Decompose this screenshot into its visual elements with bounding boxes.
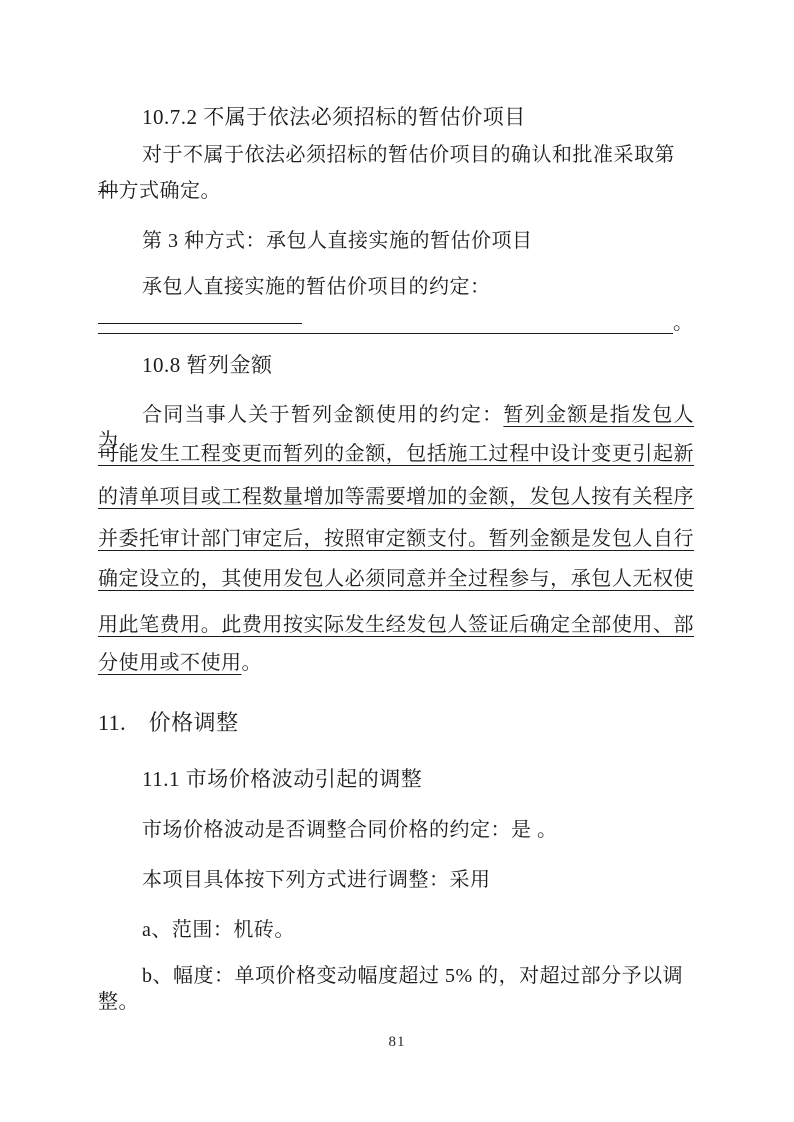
para-method-3-title: 第 3 种方式：承包人直接实施的暂估价项目 [98,228,694,254]
heading-10-8: 10.8 暂列金额 [98,352,694,378]
heading-10-7-2: 10.7.2 不属于依法必须招标的暂估价项目 [98,104,694,130]
underlined-text-run: 可能发生工程变更而暂列的金额，包括施工过程中设计变更引起新 [98,443,694,465]
underlined-text-run: 的清单项目或工程数量增加等需要增加的金额，发包人按有关程序 [98,486,694,508]
heading-11-1: 11.1 市场价格波动引起的调整 [98,766,694,792]
underlined-text-run: 用此笔费用。此费用按实际发生经发包人签证后确定全部使用、部 [98,614,694,636]
fill-in-blank-underline [98,333,673,334]
text-run: 11. 价格调整 [98,710,239,735]
text-run: a、范围：机砖。 [142,919,295,941]
document-page: 10.7.2 不属于依法必须招标的暂估价项目对于不属于依法必须招标的暂估价项目的… [0,0,794,1122]
text-run: 合同当事人关于暂列金额使用的约定： [142,404,503,426]
para-10-8-line-6: 用此笔费用。此费用按实际发生经发包人签证后确定全部使用、部 [98,612,694,638]
para-10-8-line-3: 的清单项目或工程数量增加等需要增加的金额，发包人按有关程序 [98,484,694,510]
para-10-8-line-7: 分使用或不使用。 [98,650,694,676]
text-run: 本项目具体按下列方式进行调整：采用 [142,869,491,891]
para-11-1-line-1: 市场价格波动是否调整合同价格的约定：是 。 [98,817,694,843]
page-number: 81 [0,1034,794,1051]
text-run: 。 [242,652,263,674]
para-10-8-line-5: 确定设立的，其使用发包人必须同意并全过程参与，承包人无权使 [98,566,694,592]
text-run: 10.7.2 不属于依法必须招标的暂估价项目 [142,105,526,129]
text-run: 11.1 市场价格波动引起的调整 [142,767,422,791]
underlined-text-run: 并委托审计部门审定后，按照审定额支付。暂列金额是发包人自行 [98,528,694,550]
para-amplitude: b、幅度：单项价格变动幅度超过 5% 的，对超过部分予以调整。 [98,963,694,1015]
text-run: 种方式确定。 [98,180,221,202]
para-10-8-line-4: 并委托审计部门审定后，按照审定额支付。暂列金额是发包人自行 [98,526,694,552]
para-11-1-line-2: 本项目具体按下列方式进行调整：采用 [98,867,694,893]
text-run: 市场价格波动是否调整合同价格的约定：是 。 [142,819,558,841]
underlined-text-run: 分使用或不使用 [98,652,242,674]
para-scope: a、范围：机砖。 [98,917,694,943]
blank-fill-line: 。 [98,310,694,336]
heading-11: 11. 价格调整 [98,708,694,738]
text-run: b、幅度：单项价格变动幅度超过 5% 的，对超过部分予以调整。 [98,965,683,1013]
text-run: 对于不属于依法必须招标的暂估价项目的确认和批准采取第 [142,144,675,166]
document-body: 10.7.2 不属于依法必须招标的暂估价项目对于不属于依法必须招标的暂估价项目的… [0,0,794,1122]
text-run: 10.8 暂列金额 [142,353,273,377]
underlined-text-run: 确定设立的，其使用发包人必须同意并全过程参与，承包人无权使 [98,568,694,590]
text-run: 承包人直接实施的暂估价项目的约定： [142,276,491,298]
para-10-8-line-2: 可能发生工程变更而暂列的金额，包括施工过程中设计变更引起新 [98,441,694,467]
text-run: 第 3 种方式：承包人直接实施的暂估价项目 [142,230,533,252]
para-10-7-2-line-2: 种方式确定。 [98,178,694,204]
text-run: 。 [673,312,694,334]
